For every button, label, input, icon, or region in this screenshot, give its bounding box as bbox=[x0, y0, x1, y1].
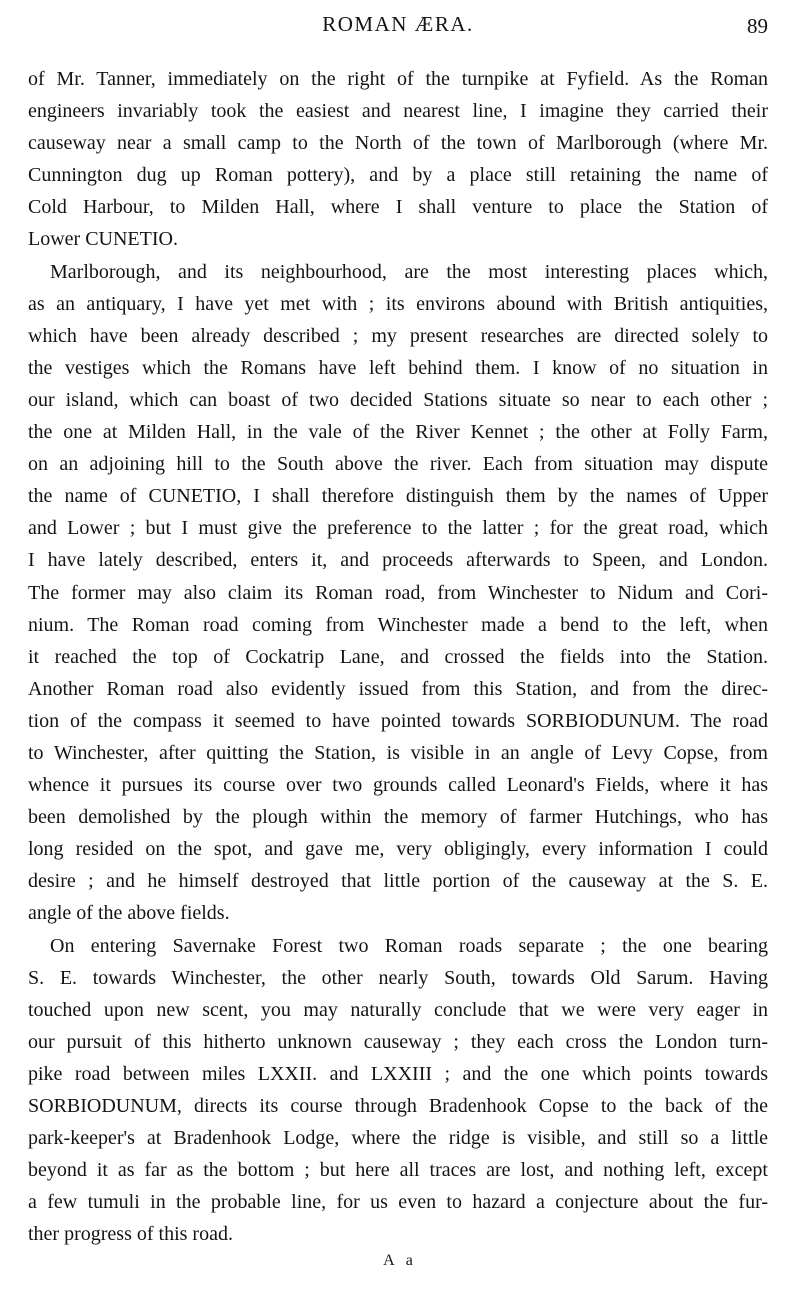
text-line: tion of the compass it seemed to have po… bbox=[28, 705, 768, 737]
signature-mark: A a bbox=[0, 1252, 800, 1270]
text-line: of Mr. Tanner, immediately on the right … bbox=[28, 63, 768, 95]
text-line: Another Roman road also evidently issued… bbox=[28, 673, 768, 705]
text-line: long resided on the spot, and gave me, v… bbox=[28, 833, 768, 865]
text-line: touched upon new scent, you may naturall… bbox=[28, 994, 768, 1026]
body-text: of Mr. Tanner, immediately on the right … bbox=[28, 63, 768, 1250]
text-line: and Lower ; but I must give the preferen… bbox=[28, 512, 768, 544]
text-line: angle of the above fields. bbox=[28, 897, 768, 929]
text-line: Cold Harbour, to Milden Hall, where I sh… bbox=[28, 191, 768, 223]
text-line: pike road between miles LXXII. and LXXII… bbox=[28, 1058, 768, 1090]
text-line: on an adjoining hill to the South above … bbox=[28, 448, 768, 480]
text-line: the one at Milden Hall, in the vale of t… bbox=[28, 416, 768, 448]
text-line: Marlborough, and its neighbourhood, are … bbox=[28, 256, 768, 288]
running-head: ROMAN ÆRA. bbox=[28, 12, 768, 37]
text-line: ther progress of this road. bbox=[28, 1218, 768, 1250]
text-line: SORBIODUNUM, directs its course through … bbox=[28, 1090, 768, 1122]
page-header: ROMAN ÆRA. 89 bbox=[28, 10, 768, 46]
text-line: which have been already described ; my p… bbox=[28, 320, 768, 352]
text-line: the vestiges which the Romans have left … bbox=[28, 352, 768, 384]
text-line: Cunnington dug up Roman pottery), and by… bbox=[28, 159, 768, 191]
text-line: engineers invariably took the easiest an… bbox=[28, 95, 768, 127]
text-line: to Winchester, after quitting the Statio… bbox=[28, 737, 768, 769]
text-line: Lower CUNETIO. bbox=[28, 223, 768, 255]
text-line: whence it pursues its course over two gr… bbox=[28, 769, 768, 801]
text-line: our pursuit of this hitherto unknown cau… bbox=[28, 1026, 768, 1058]
text-line: been demolished by the plough within the… bbox=[28, 801, 768, 833]
text-line: the name of CUNETIO, I shall therefore d… bbox=[28, 480, 768, 512]
text-line: desire ; and he himself destroyed that l… bbox=[28, 865, 768, 897]
page-number: 89 bbox=[747, 14, 768, 39]
text-line: S. E. towards Winchester, the other near… bbox=[28, 962, 768, 994]
text-line: I have lately described, enters it, and … bbox=[28, 544, 768, 576]
text-line: park-keeper's at Bradenhook Lodge, where… bbox=[28, 1122, 768, 1154]
text-line: as an antiquary, I have yet met with ; i… bbox=[28, 288, 768, 320]
text-line: nium. The Roman road coming from Winches… bbox=[28, 609, 768, 641]
text-line: beyond it as far as the bottom ; but her… bbox=[28, 1154, 768, 1186]
text-line: The former may also claim its Roman road… bbox=[28, 577, 768, 609]
text-line: a few tumuli in the probable line, for u… bbox=[28, 1186, 768, 1218]
text-line: On entering Savernake Forest two Roman r… bbox=[28, 930, 768, 962]
text-line: it reached the top of Cockatrip Lane, an… bbox=[28, 641, 768, 673]
text-line: our island, which can boast of two decid… bbox=[28, 384, 768, 416]
text-line: causeway near a small camp to the North … bbox=[28, 127, 768, 159]
